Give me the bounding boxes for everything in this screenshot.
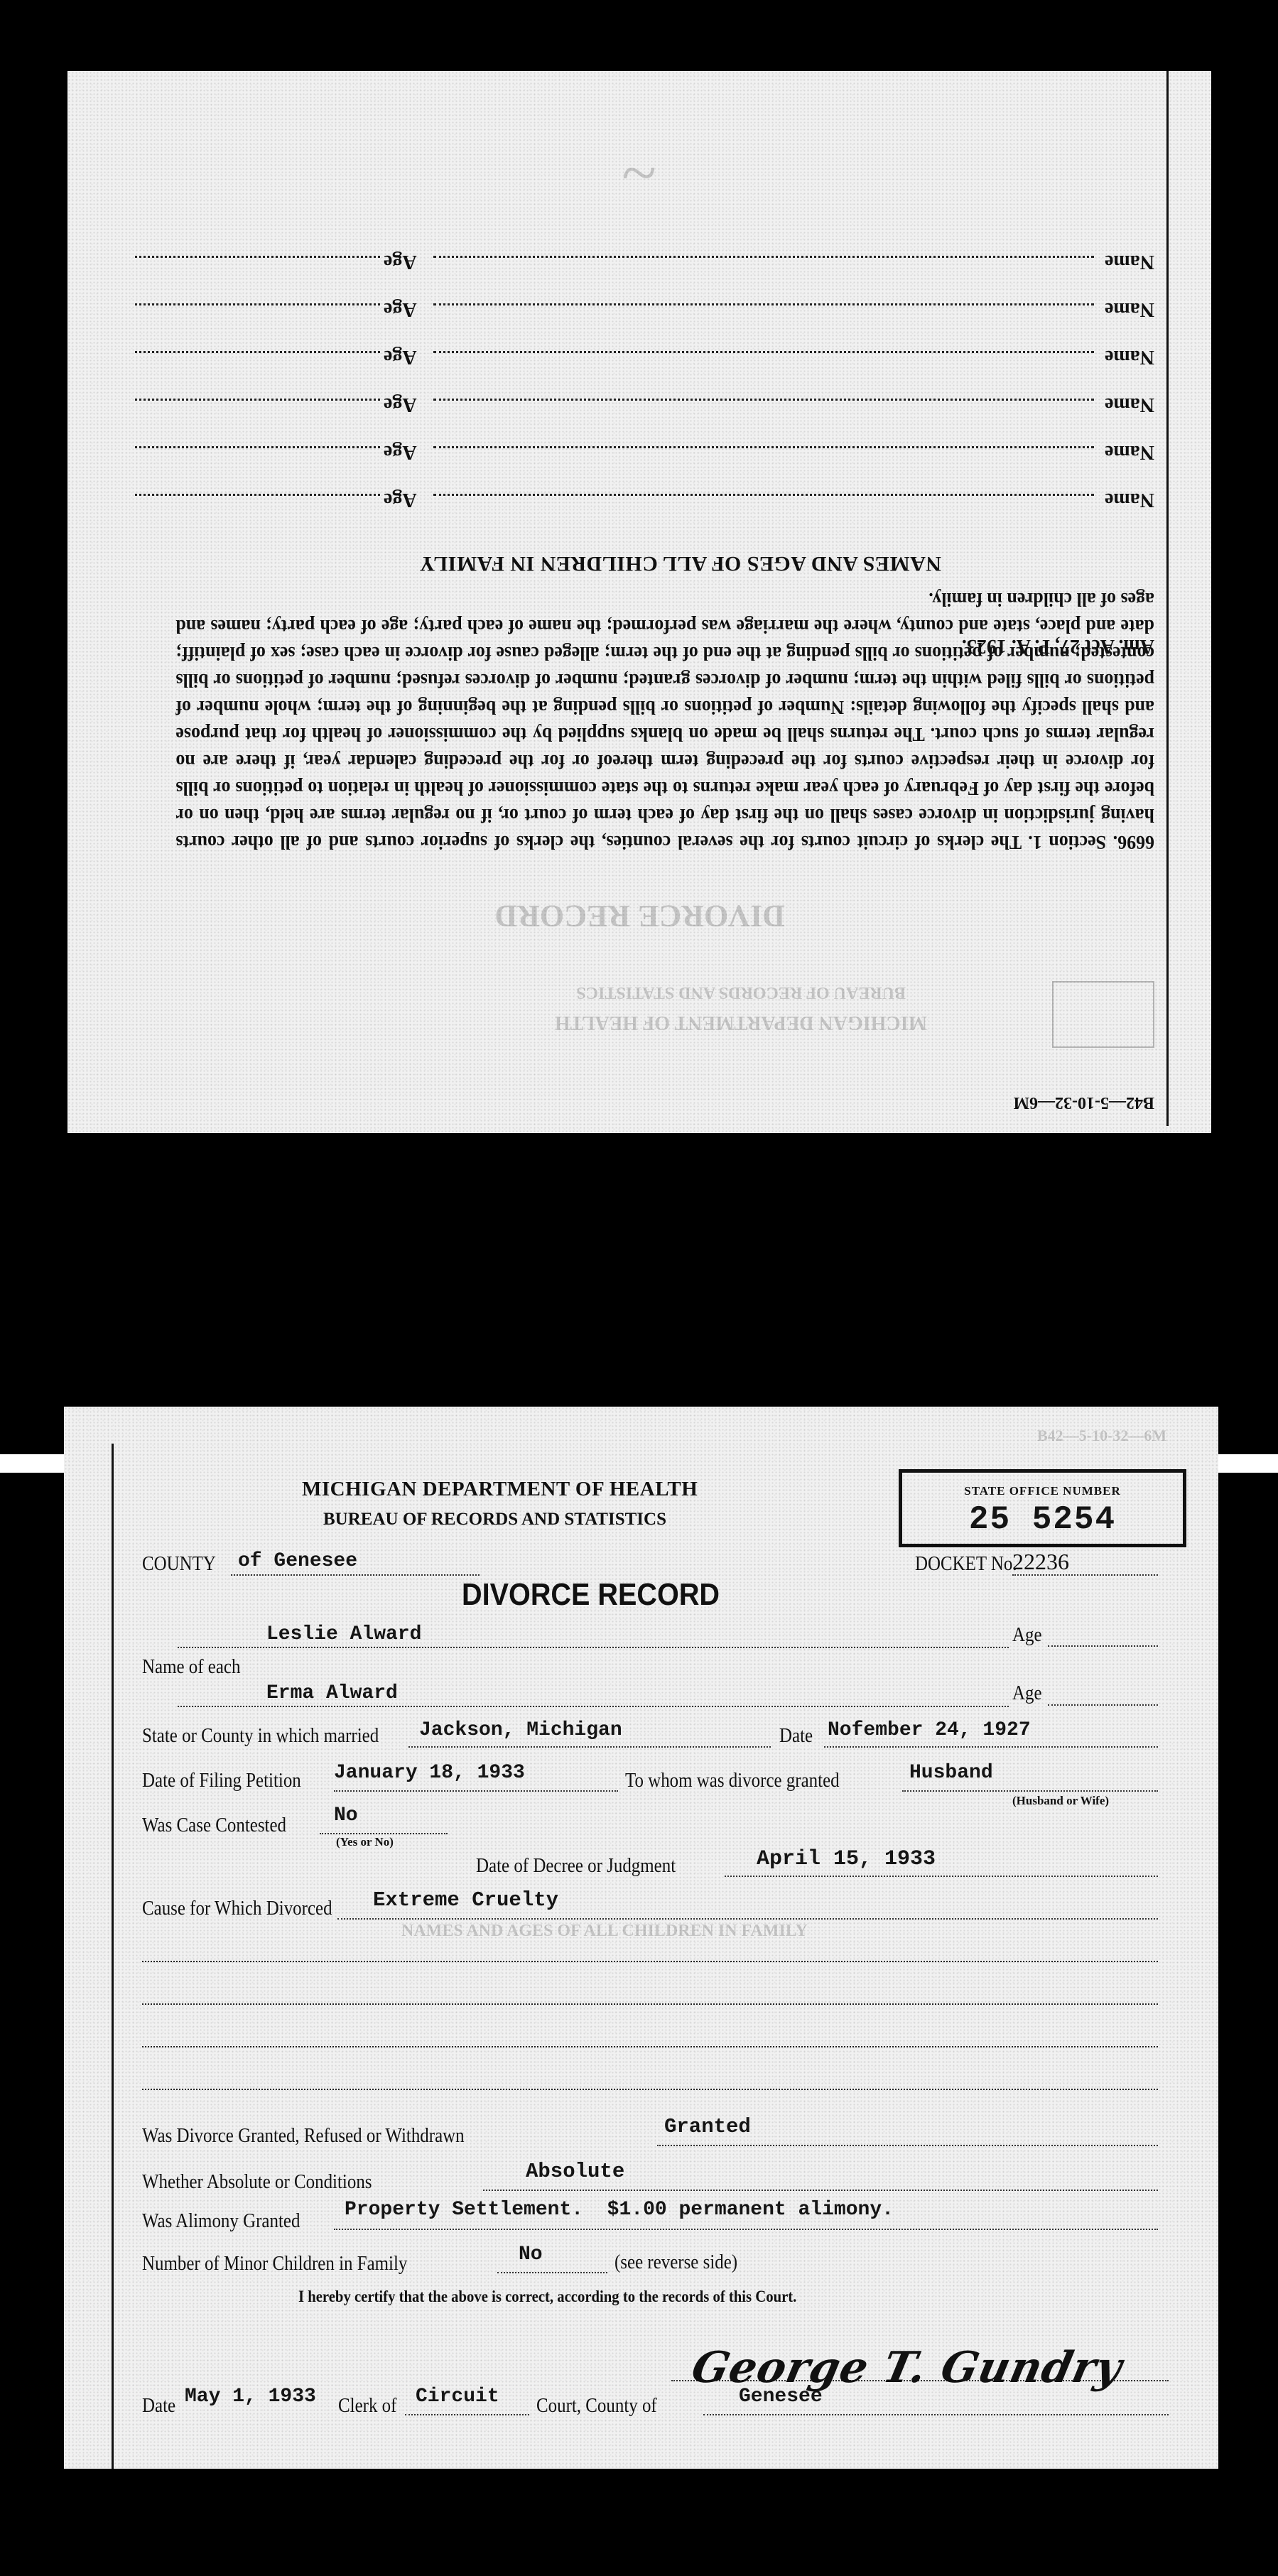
married-date-field[interactable]: Nofember 24, 1927: [824, 1719, 1158, 1748]
name-of-each-label: Name of each: [142, 1655, 240, 1679]
bleed-through-header2: BUREAU OF RECORDS AND STATISTICS: [576, 983, 906, 1002]
court-county-field[interactable]: Genesee: [703, 2386, 1169, 2415]
clerk-label: Clerk of: [338, 2394, 396, 2418]
binder-tab-right: [1217, 1454, 1278, 1473]
child-age-field[interactable]: [135, 446, 380, 448]
contested-field[interactable]: No: [320, 1804, 448, 1834]
faint-form-code: B42—5-10-32—6M: [1037, 1427, 1166, 1445]
married-place-field[interactable]: Jackson, Michigan: [408, 1719, 771, 1748]
child-name-label: Name: [1105, 298, 1154, 320]
alimony-label: Was Alimony Granted: [142, 2209, 300, 2233]
granted-to-label: To whom was divorce granted: [625, 1769, 840, 1792]
minor-children-field[interactable]: No: [497, 2244, 607, 2273]
filing-date-field[interactable]: January 18, 1933: [334, 1762, 618, 1792]
party2-age-field[interactable]: [1048, 1679, 1158, 1706]
party1-age-field[interactable]: [1048, 1620, 1158, 1647]
bleed-through-office-box: [1052, 981, 1154, 1048]
child-row: Name Age: [135, 399, 1154, 427]
bleed-through-signature: ~: [622, 136, 657, 210]
form-title: DIVORCE RECORD: [462, 1577, 720, 1613]
statute-text: 6696. Section 1. The clerks of circuit c…: [175, 586, 1154, 856]
divorce-record-page: B42—5-10-32—6M MICHIGAN DEPARTMENT OF HE…: [64, 1407, 1218, 2469]
bleed-through-title: DIVORCE RECORD: [494, 898, 785, 934]
married-date-value: Nofember 24, 1927: [828, 1719, 1031, 1741]
child-name-field[interactable]: [433, 303, 1094, 305]
blank-line[interactable]: [142, 2003, 1158, 2005]
outcome-label: Was Divorce Granted, Refused or Withdraw…: [142, 2124, 465, 2148]
outcome-value: Granted: [664, 2115, 751, 2138]
party1-name: Leslie Alward: [266, 1623, 421, 1645]
date-label: Date: [142, 2394, 175, 2418]
county-label: COUNTY: [142, 1552, 216, 1576]
child-name-label: Name: [1105, 345, 1154, 368]
granted-to-field[interactable]: Husband: [902, 1762, 1158, 1792]
child-name-field[interactable]: [433, 399, 1094, 401]
contested-hint: (Yes or No): [336, 1835, 394, 1849]
court-county-value: Genesee: [739, 2386, 823, 2408]
clerk-field[interactable]: Circuit: [405, 2386, 529, 2415]
child-age-label: Age: [384, 440, 417, 463]
children-section-title: NAMES AND AGES OF ALL CHILDREN IN FAMILY: [419, 551, 941, 575]
married-place-label: State or County in which married: [142, 1724, 379, 1748]
certification-text: I hereby certify that the above is corre…: [298, 2288, 796, 2306]
minor-children-label: Number of Minor Children in Family: [142, 2252, 407, 2275]
bureau-header: BUREAU OF RECORDS AND STATISTICS: [323, 1510, 666, 1530]
minor-children-value: No: [519, 2244, 543, 2266]
child-age-label: Age: [384, 298, 417, 320]
child-age-field[interactable]: [135, 494, 380, 496]
reverse-side-page: B42—5-10-32—6M MICHIGAN DEPARTMENT OF HE…: [67, 71, 1211, 1133]
date-field[interactable]: May 1, 1933: [185, 2386, 316, 2414]
contested-label: Was Case Contested: [142, 1814, 286, 1837]
alimony-value: Property Settlement. $1.00 permanent ali…: [345, 2199, 894, 2221]
child-age-label: Age: [384, 393, 417, 416]
cause-label: Cause for Which Divorced: [142, 1897, 332, 1920]
child-name-field[interactable]: [433, 256, 1094, 258]
decree-date-field[interactable]: April 15, 1933: [725, 1847, 1158, 1877]
child-row: Name Age: [135, 303, 1154, 332]
child-row: Name Age: [135, 351, 1154, 379]
court-label: Court, County of: [536, 2394, 657, 2418]
minor-children-hint: (see reverse side): [614, 2251, 737, 2274]
alimony-field[interactable]: Property Settlement. $1.00 permanent ali…: [334, 2199, 1158, 2230]
absolute-field[interactable]: Absolute: [483, 2160, 1158, 2191]
child-name-field[interactable]: [433, 351, 1094, 353]
party1-age-label: Age: [1012, 1623, 1042, 1647]
child-age-field[interactable]: [135, 303, 380, 305]
blank-line[interactable]: [142, 1961, 1158, 1962]
child-name-label: Name: [1105, 250, 1154, 273]
state-office-number-label: STATE OFFICE NUMBER: [902, 1484, 1183, 1498]
granted-to-value: Husband: [909, 1762, 993, 1784]
child-age-field[interactable]: [135, 256, 380, 258]
clerk-value: Circuit: [416, 2386, 499, 2408]
party2-name: Erma Alward: [266, 1682, 398, 1704]
child-name-label: Name: [1105, 393, 1154, 416]
decree-date-value: April 15, 1933: [757, 1847, 936, 1871]
filing-date-label: Date of Filing Petition: [142, 1769, 301, 1792]
docket-field[interactable]: 22236: [1012, 1549, 1158, 1576]
decree-date-label: Date of Decree or Judgment: [476, 1854, 676, 1878]
margin-rule: [112, 1444, 114, 2469]
blank-line[interactable]: [142, 2089, 1158, 2090]
party1-name-field[interactable]: Leslie Alward: [178, 1620, 1009, 1648]
bleed-through-header1: MICHIGAN DEPARTMENT OF HEALTH: [555, 1011, 927, 1034]
docket-value: 22236: [1012, 1549, 1069, 1574]
binder-tab-left: [0, 1454, 65, 1473]
married-date-label: Date: [779, 1724, 813, 1748]
child-age-field[interactable]: [135, 399, 380, 401]
child-age-label: Age: [384, 345, 417, 368]
child-name-label: Name: [1105, 488, 1154, 511]
cause-value: Extreme Cruelty: [373, 1888, 558, 1912]
state-office-number-box: STATE OFFICE NUMBER 25 5254: [899, 1469, 1186, 1547]
child-name-label: Name: [1105, 440, 1154, 463]
filing-date-value: January 18, 1933: [334, 1762, 525, 1784]
child-row: Name Age: [135, 446, 1154, 475]
department-header: MICHIGAN DEPARTMENT OF HEALTH: [302, 1478, 698, 1501]
child-age-label: Age: [384, 250, 417, 273]
county-field[interactable]: of Genesee: [231, 1550, 480, 1576]
bleed-through-children-title: NAMES AND AGES OF ALL CHILDREN IN FAMILY: [401, 1922, 808, 1941]
party2-age-label: Age: [1012, 1682, 1042, 1705]
state-office-number-value: 25 5254: [902, 1501, 1183, 1538]
granted-to-hint: (Husband or Wife): [1012, 1794, 1109, 1808]
married-place-value: Jackson, Michigan: [419, 1719, 622, 1741]
outcome-field[interactable]: Granted: [657, 2115, 1158, 2146]
party2-name-field[interactable]: Erma Alward: [178, 1679, 1009, 1707]
signature-line[interactable]: George T. Gundry: [671, 2330, 1169, 2381]
contested-value: No: [334, 1804, 358, 1827]
child-row: Name Age: [135, 494, 1154, 522]
blank-line[interactable]: [142, 2046, 1158, 2047]
child-name-field[interactable]: [433, 446, 1094, 448]
reverse-side-rotated-content: B42—5-10-32—6M MICHIGAN DEPARTMENT OF HE…: [67, 71, 1211, 1133]
child-row: Name Age: [135, 256, 1154, 284]
child-name-field[interactable]: [433, 494, 1094, 496]
absolute-value: Absolute: [526, 2160, 624, 2183]
statute-citation: Am. Act 27, P. A. 1923.: [962, 634, 1154, 657]
cause-field[interactable]: Extreme Cruelty: [337, 1888, 1158, 1920]
absolute-label: Whether Absolute or Conditions: [142, 2170, 372, 2194]
child-age-field[interactable]: [135, 351, 380, 353]
child-age-label: Age: [384, 488, 417, 511]
docket-label: DOCKET No.: [915, 1552, 1017, 1576]
form-code: B42—5-10-32—6M: [1013, 1093, 1154, 1112]
county-value: of Genesee: [238, 1550, 357, 1572]
date-value: May 1, 1933: [185, 2386, 316, 2408]
